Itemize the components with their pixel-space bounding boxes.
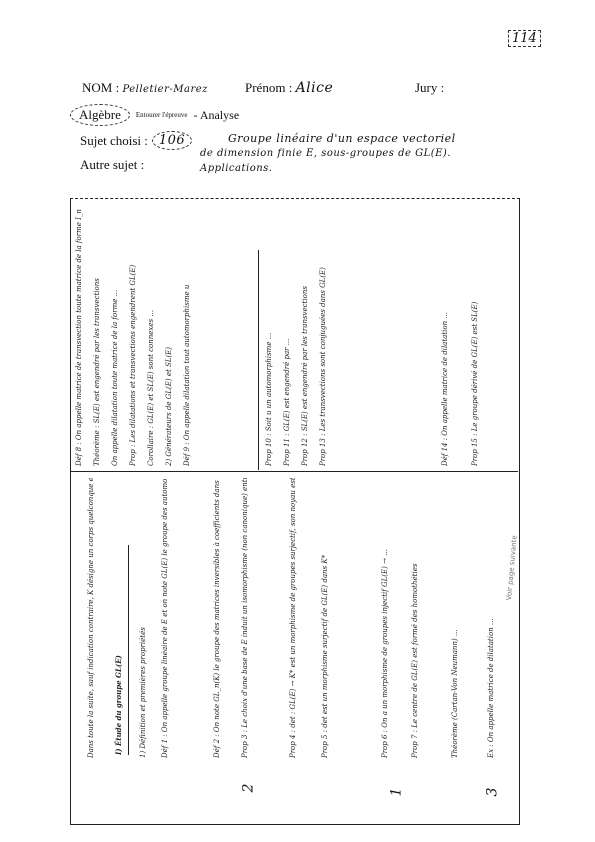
top-col-4: Prop : Les dilatations et transvections …: [128, 206, 140, 466]
jury-field: Jury :: [415, 80, 444, 96]
top-col-10: Prop 12 : SL(E) est engendré par les tra…: [300, 206, 312, 466]
bottom-col-9: Prop 6 : On a un morphisme de groupes in…: [380, 478, 392, 758]
epreuve-row: Algèbre Entourer l'épreuve - Analyse: [70, 104, 239, 126]
nom-value: Pelletier-Marez: [122, 84, 207, 95]
nom-field: NOM : Pelletier-Marez: [82, 80, 208, 96]
top-col-1: Déf 8 : On appelle matrice de transvecti…: [74, 206, 86, 466]
middle-divider: [70, 471, 518, 472]
top-col-13: Prop 15 : Le groupe dérivé de GL(E) est …: [470, 206, 482, 466]
top-col-11: Prop 13 : Les transvections sont conjugu…: [318, 206, 330, 466]
top-col-7: Déf 9 : On appelle dilatation tout autom…: [182, 206, 194, 466]
bottom-col-12: Ex : On appelle matrice de dilatation ..…: [486, 478, 498, 758]
bottom-col-11: Théorème (Cartan-Von Neumann) ...: [450, 478, 462, 758]
page-number-left: 2: [240, 784, 256, 793]
top-col-5: Corollaire : GL(E) et SL(E) sont connexe…: [146, 206, 158, 466]
top-col-12: Déf 14 : On appelle matrice de dilatatio…: [440, 206, 452, 466]
bottom-col-3: 1) Définition et premières propriétés: [138, 478, 150, 758]
epreuve-selected: Algèbre: [70, 104, 130, 126]
page-number-middle: 1: [388, 788, 404, 797]
prenom-field: Prénom : Alice: [245, 80, 333, 96]
top-col-2: Théorème : SL(E) est engendré par les tr…: [92, 206, 104, 466]
sujet-title-line2: de dimension finie E, sous-groupes de GL…: [200, 148, 451, 159]
top-col-9: Prop 11 : GL(E) est engendré par ...: [282, 206, 294, 466]
jury-label: Jury :: [415, 80, 444, 95]
sujet-label: Sujet choisi :: [80, 133, 148, 149]
bottom-col-4: Déf 1 : On appelle groupe linéaire de E …: [160, 478, 172, 758]
sujet-title-line3: Applications.: [200, 163, 272, 174]
bottom-col-7: Prop 4 : det : GL(E) → K* est un morphis…: [288, 478, 300, 758]
bottom-col-8: Prop 5 : det est un morphisme surjectif …: [320, 478, 332, 758]
page-number-right: 3: [484, 788, 500, 797]
bottom-col-5: Déf 2 : On note GL_n(K) le groupe des ma…: [212, 478, 224, 758]
autre-sujet-label: Autre sujet :: [80, 157, 144, 173]
bottom-col-6: Prop 3 : Le choix d'une base de E induit…: [240, 478, 252, 758]
epreuve-hint: Entourer l'épreuve: [136, 111, 188, 119]
top-col-separator: [258, 250, 259, 470]
prenom-label: Prénom :: [245, 80, 292, 95]
top-col-6: 2) Générateurs de GL(E) et SL(E): [164, 206, 176, 466]
top-col-3: On appelle dilatation toute matrice de l…: [110, 206, 122, 466]
copy-number-box: 114: [508, 30, 541, 47]
epreuve-other: - Analyse: [193, 108, 239, 123]
section-underline: [128, 545, 129, 755]
sujet-number: 106: [152, 131, 192, 150]
bottom-col-2: I) Étude du groupe GL(E): [114, 545, 126, 755]
sujet-row: Sujet choisi : 106: [80, 131, 192, 150]
prenom-value: Alice: [296, 80, 334, 96]
nom-label: NOM :: [82, 80, 119, 95]
top-col-8: Prop 10 : Soit u un automorphisme ...: [264, 206, 276, 466]
bottom-col-1: Dans toute la suite, sauf indication con…: [86, 478, 98, 758]
bottom-col-10: Prop 7 : Le centre de GL(E) est formé de…: [410, 478, 422, 758]
sujet-title-line1: Groupe linéaire d'un espace vectoriel: [228, 132, 456, 145]
copy-number: 114: [512, 31, 537, 46]
